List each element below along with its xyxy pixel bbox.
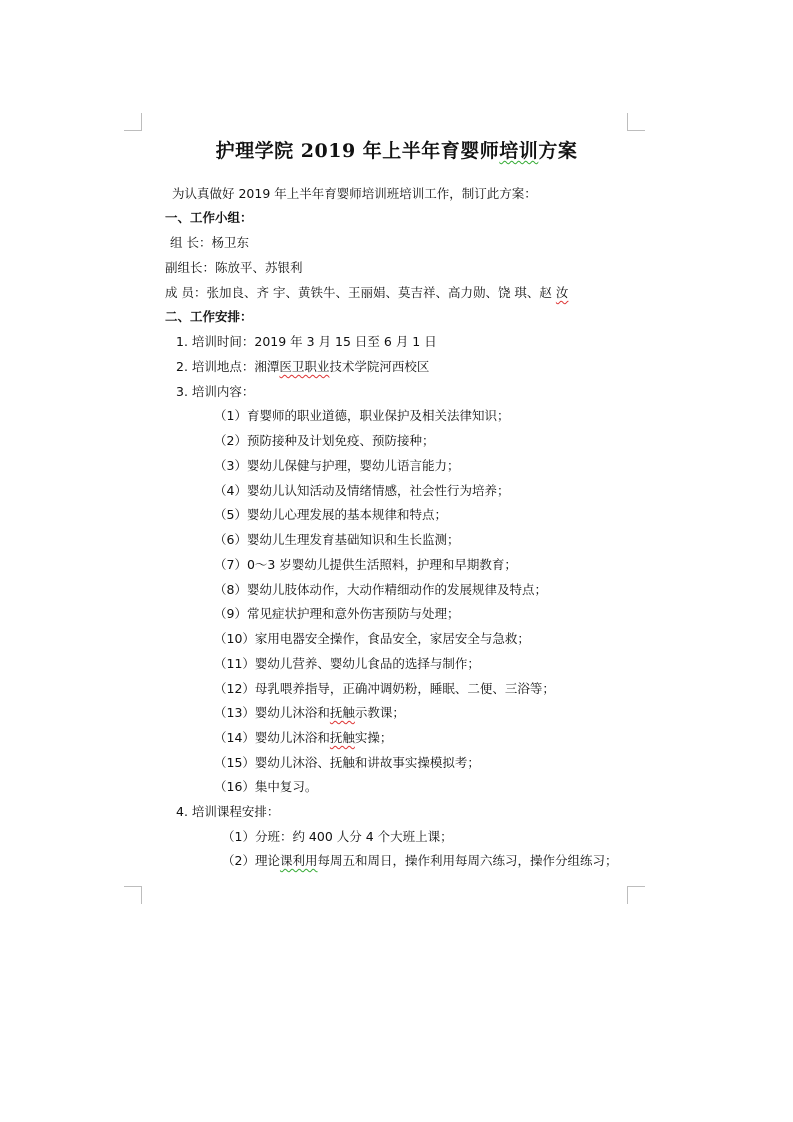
content-item: （4）婴幼儿认知活动及情绪情感，社会性行为培养；: [214, 483, 509, 499]
content-item: （3）婴幼儿保健与护理，婴幼儿语言能力；: [214, 458, 459, 474]
content-item: （12）母乳喂养指导，正确冲调奶粉，睡眠、二便、三浴等；: [214, 681, 555, 697]
margin-corner-top-left: [124, 113, 142, 131]
schedule-item: （1）分班：约 400 人分 4 个大班上课；: [222, 829, 453, 845]
document-title: 护理学院 2019 年上半年育婴师培训方案: [0, 136, 793, 163]
group-members: 成 员：张加良、齐 宇、黄铁牛、王丽娟、莫吉祥、高力勋、饶 琪、赵 汝: [165, 285, 568, 301]
content-item: （8）婴幼儿肢体动作，大动作精细动作的发展规律及特点；: [214, 582, 547, 598]
content-item: （9）常见症状护理和意外伤害预防与处理；: [214, 606, 459, 622]
content-item: （1）育婴师的职业道德，职业保护及相关法律知识；: [214, 408, 509, 424]
training-content-heading: 3. 培训内容：: [176, 384, 254, 400]
content-item: （5）婴幼儿心理发展的基本规律和特点；: [214, 507, 447, 523]
margin-corner-bottom-right: [627, 886, 645, 904]
group-leader: 组 长：杨卫东: [170, 235, 249, 251]
content-item: （14）婴幼儿沐浴和抚触实操；: [214, 730, 392, 746]
schedule-item: （2）理论课利用每周五和周日，操作利用每周六练习，操作分组练习；: [222, 853, 617, 869]
content-item: （10）家用电器安全操作，食品安全，家居安全与急救；: [214, 631, 530, 647]
content-item: （15）婴幼儿沐浴、抚触和讲故事实操模拟考；: [214, 755, 480, 771]
course-schedule-heading: 4. 培训课程安排：: [176, 804, 279, 820]
margin-corner-top-right: [627, 113, 645, 131]
intro-paragraph: 为认真做好 2019 年上半年育婴师培训班培训工作，制订此方案：: [172, 186, 537, 202]
content-item: （13）婴幼儿沐浴和抚触示教课；: [214, 705, 405, 721]
content-item: （6）婴幼儿生理发育基础知识和生长监测；: [214, 532, 459, 548]
content-item: （11）婴幼儿营养、婴幼儿食品的选择与制作；: [214, 656, 480, 672]
content-item: （7）0～3 岁婴幼儿提供生活照料，护理和早期教育；: [214, 557, 517, 573]
training-location: 2. 培训地点：湘潭医卫职业技术学院河西校区: [176, 359, 429, 375]
content-item: （2）预防接种及计划免疫、预防接种；: [214, 433, 434, 449]
section-heading-work-arrangement: 二、工作安排：: [165, 309, 253, 325]
deputy-leader: 副组长：陈放平、苏银利: [165, 260, 303, 276]
margin-corner-bottom-left: [124, 886, 142, 904]
content-item: （16）集中复习。: [214, 779, 317, 795]
section-heading-work-group: 一、工作小组：: [165, 210, 253, 226]
training-time: 1. 培训时间：2019 年 3 月 15 日至 6 月 1 日: [176, 334, 437, 350]
